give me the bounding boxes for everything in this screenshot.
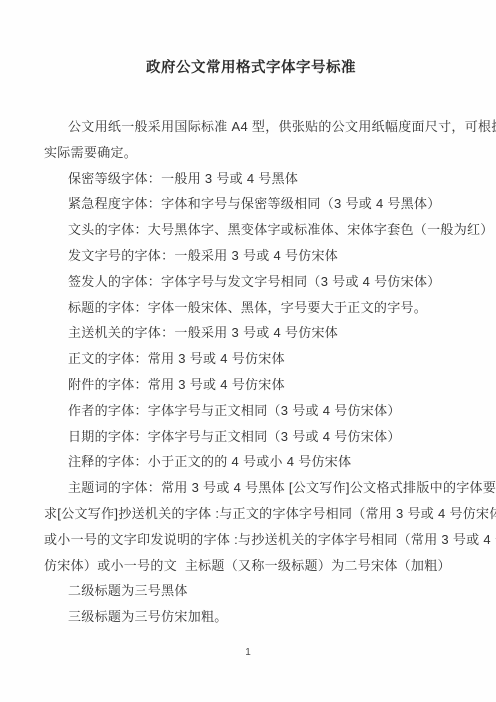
- text-line: 日期的字体：字体字号与正文相同（3 号或 4 号仿宋体）: [44, 424, 458, 450]
- text-line: 保密等级字体：一般用 3 号或 4 号黑体: [44, 166, 458, 192]
- text-line: 发文字号的字体：一般采用 3 号或 4 号仿宋体: [44, 243, 458, 269]
- text-line: 作者的字体：字体字号与正文相同（3 号或 4 号仿宋体）: [44, 398, 458, 424]
- text-line: 二级标题为三号黑体: [44, 578, 458, 604]
- document-title: 政府公文常用格式字体字号标准: [44, 57, 458, 79]
- text-line: 正文的字体：常用 3 号或 4 号仿宋体: [44, 346, 458, 372]
- document-page: 政府公文常用格式字体字号标准 公文用纸一般采用国际标准 A4 型，供张贴的公文用…: [0, 0, 496, 702]
- text-line: 文头的字体：大号黑体字、黑变体字或标准体、宋体字套色（一般为红）: [44, 217, 458, 243]
- text-line: 注释的字体：小于正文的的 4 号或小 4 号仿宋体: [44, 449, 458, 475]
- document-body: 公文用纸一般采用国际标准 A4 型，供张贴的公文用纸幅度面尺寸，可根据实际需要确…: [44, 114, 458, 630]
- text-line: 实际需要确定。: [44, 140, 458, 166]
- text-line: 三级标题为三号仿宋加粗。: [44, 604, 458, 630]
- text-line: 标题的字体：字体一般宋体、黑体，字号要大于正文的字号。: [44, 295, 458, 321]
- page-number: 1: [0, 646, 496, 660]
- text-line: 或小一号的文字印发说明的字体 :与抄送机关的字体字号相同（常用 3 号或 4 号: [44, 527, 458, 553]
- text-line: 紧急程度字体：字体和字号与保密等级相同（3 号或 4 号黑体）: [44, 191, 458, 217]
- text-line: 主题词的字体：常用 3 号或 4 号黑体 [公文写作]公文格式排版中的字体要: [44, 475, 458, 501]
- text-line: 公文用纸一般采用国际标准 A4 型，供张贴的公文用纸幅度面尺寸，可根据: [44, 114, 458, 140]
- text-line: 签发人的字体：字体字号与发文字号相同（3 号或 4 号仿宋体）: [44, 269, 458, 295]
- text-line: 附件的字体：常用 3 号或 4 号仿宋体: [44, 372, 458, 398]
- text-line: 仿宋体）或小一号的文 主标题（又称一级标题）为二号宋体（加粗）: [44, 553, 458, 579]
- text-line: 主送机关的字体：一般采用 3 号或 4 号仿宋体: [44, 320, 458, 346]
- text-line: 求[公文写作]抄送机关的字体 :与正文的字体字号相同（常用 3 号或 4 号仿宋…: [44, 501, 458, 527]
